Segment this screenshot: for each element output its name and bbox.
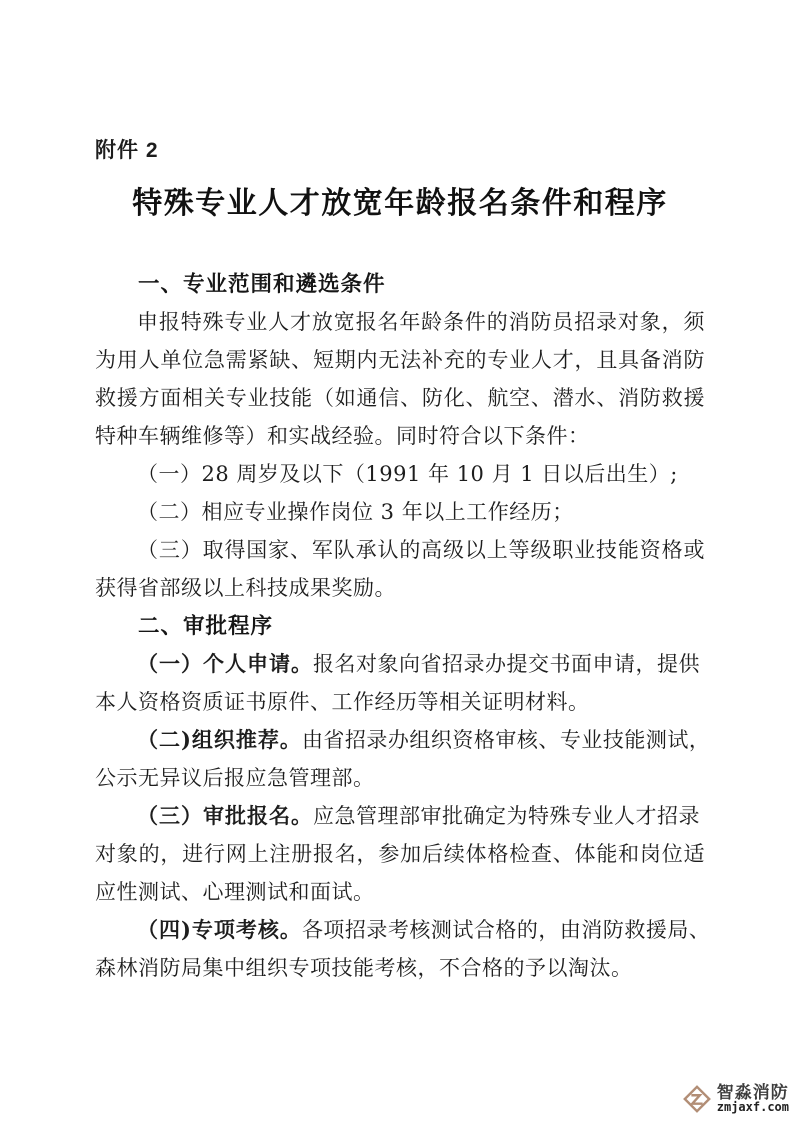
list-item: （二)组织推荐。由省招录办组织资格审核、专业技能测试， [95,721,705,759]
item-label: （三）审批报名。 [137,803,313,828]
list-item-continuation: 公示无异议后报应急管理部。 [95,759,705,797]
watermark-url: zmjaxf.com [717,1101,789,1114]
site-watermark: 智淼消防 zmjaxf.com [682,1084,789,1114]
item-text: 由省招录办组织资格审核、专业技能测试， [302,728,711,752]
list-item-continuation: 森林消防局集中组织专项技能考核，不合格的予以淘汰。 [95,949,705,987]
list-item: （一）个人申请。报名对象向省招录办提交书面申请，提供 [95,645,705,683]
list-item: （一）28 周岁及以下（1991 年 10 月 1 日以后出生）; [95,455,705,493]
list-item: （二）相应专业操作岗位 3 年以上工作经历； [95,493,705,531]
document-title: 特殊专业人才放宽年龄报名条件和程序 [95,183,705,225]
list-item-continuation: 获得省部级以上科技成果奖励。 [95,569,705,607]
item-label: （二)组织推荐。 [137,727,302,752]
paragraph-line: 特种车辆维修等）和实战经验。同时符合以下条件： [95,417,705,455]
list-item: （四)专项考核。各项招录考核测试合格的，由消防救援局、 [95,911,705,949]
list-item-continuation: 应性测试、心理测试和面试。 [95,873,705,911]
item-text: 各项招录考核测试合格的，由消防救援局、 [302,918,711,942]
watermark-text: 智淼消防 zmjaxf.com [717,1084,789,1114]
attachment-label: 附件 2 [95,140,705,161]
item-text: 报名对象向省招录办提交书面申请，提供 [313,652,700,676]
section1-heading: 一、专业范围和遴选条件 [95,265,705,303]
list-item-continuation: 对象的，进行网上注册报名，参加后续体格检查、体能和岗位适 [95,835,705,873]
paragraph-line: 救援方面相关专业技能（如通信、防化、航空、潜水、消防救援 [95,379,705,417]
item-text: 应急管理部审批确定为特殊专业人才招录 [313,804,700,828]
list-item: （三）取得国家、军队承认的高级以上等级职业技能资格或 [95,531,705,569]
section2-heading: 二、审批程序 [95,607,705,645]
list-item: （三）审批报名。应急管理部审批确定为特殊专业人才招录 [95,797,705,835]
zhimiao-logo-icon [682,1084,712,1114]
list-item-continuation: 本人资格资质证书原件、工作经历等相关证明材料。 [95,683,705,721]
paragraph-line: 为用人单位急需紧缺、短期内无法补充的专业人才，且具备消防 [95,341,705,379]
paragraph-line: 申报特殊专业人才放宽报名年龄条件的消防员招录对象，须 [95,303,705,341]
item-label: （四)专项考核。 [137,917,302,942]
watermark-brand: 智淼消防 [717,1084,789,1102]
document-content: 附件 2 特殊专业人才放宽年龄报名条件和程序 一、专业范围和遴选条件 申报特殊专… [95,140,705,987]
item-label: （一）个人申请。 [137,651,313,676]
